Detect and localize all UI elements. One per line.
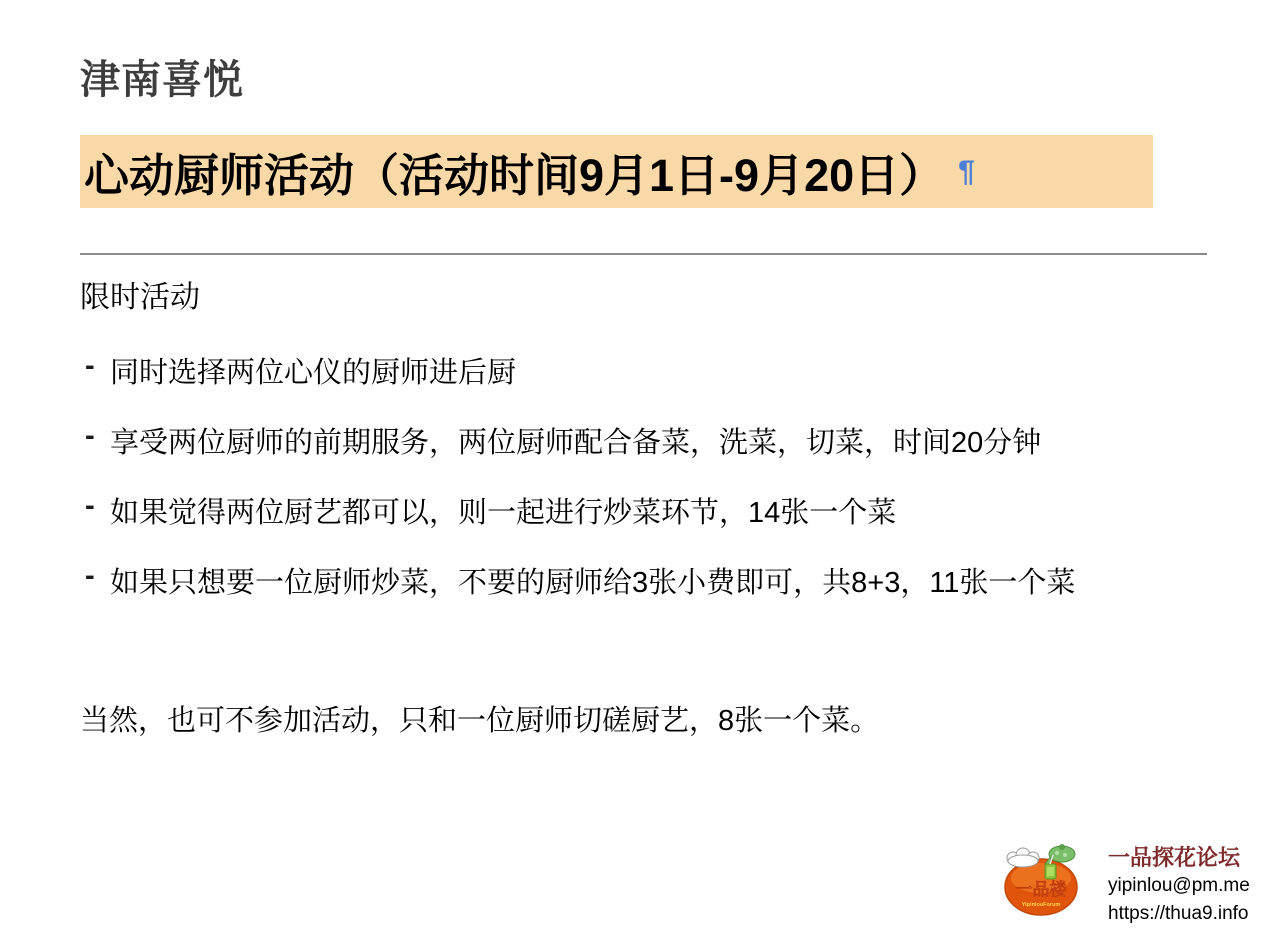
- section-title: 限时活动: [80, 272, 200, 316]
- list-item: - 同时选择两位心仪的厨师进后厨: [85, 350, 516, 391]
- horizontal-rule: [80, 253, 1207, 255]
- list-item: - 享受两位厨师的前期服务，两位厨师配合备菜，洗菜，切菜，时间20分钟: [85, 420, 1041, 461]
- list-item-text: 同时选择两位心仪的厨师进后厨: [110, 350, 516, 391]
- document-page: 津南喜悦 心动厨师活动（活动时间9月1日-9月20日） ¶ 限时活动 - 同时选…: [0, 0, 1276, 932]
- list-item-text: 如果只想要一位厨师炒菜，不要的厨师给3张小费即可，共8+3，11张一个菜: [110, 560, 1075, 601]
- bullet-dash-marker: -: [85, 350, 110, 391]
- svg-text:一品楼: 一品楼: [1016, 879, 1068, 899]
- forum-name: 一品探花论坛: [1108, 844, 1250, 872]
- forum-logo-icon: 一品楼 YipinlouForum: [1003, 842, 1079, 918]
- bullet-dash-marker: -: [85, 490, 110, 531]
- list-item: - 如果觉得两位厨艺都可以，则一起进行炒菜环节，14张一个菜: [85, 490, 896, 531]
- bullet-dash-marker: -: [85, 420, 110, 461]
- forum-contact-block: 一品探花论坛 yipinlou@pm.me https://thua9.info: [1108, 844, 1250, 928]
- list-item-text: 享受两位厨师的前期服务，两位厨师配合备菜，洗菜，切菜，时间20分钟: [110, 420, 1041, 461]
- brand-title: 津南喜悦: [80, 48, 244, 105]
- bullet-dash-marker: -: [85, 560, 110, 601]
- list-item: - 如果只想要一位厨师炒菜，不要的厨师给3张小费即可，共8+3，11张一个菜: [85, 560, 1075, 601]
- highlighted-heading: 心动厨师活动（活动时间9月1日-9月20日） ¶: [80, 135, 1153, 208]
- forum-email: yipinlou@pm.me: [1108, 872, 1250, 900]
- heading-text: 心动厨师活动（活动时间9月1日-9月20日）: [84, 139, 944, 204]
- forum-logo: 一品楼 YipinlouForum: [1003, 842, 1079, 918]
- svg-text:YipinlouForum: YipinlouForum: [1022, 902, 1061, 908]
- pilcrow-mark: ¶: [958, 155, 975, 189]
- list-item-text: 如果觉得两位厨艺都可以，则一起进行炒菜环节，14张一个菜: [110, 490, 896, 531]
- forum-url: https://thua9.info: [1108, 900, 1250, 928]
- closing-paragraph: 当然，也可不参加活动，只和一位厨师切磋厨艺，8张一个菜。: [80, 698, 879, 739]
